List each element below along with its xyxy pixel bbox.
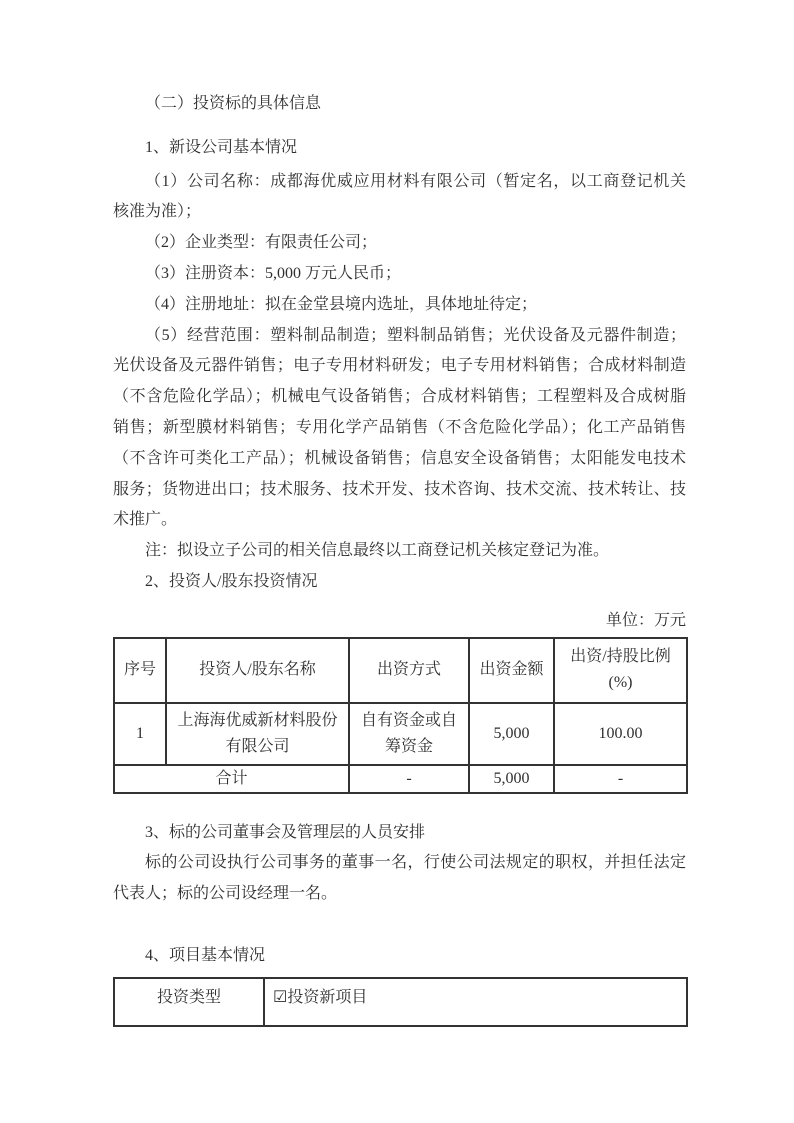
sub2-title: 2、投资人/股东投资情况 — [113, 567, 686, 598]
business-scope-line-2: 光伏设备及元器件销售；电子专用材料研发；电子专用材料销售；合成材料制造 — [113, 351, 686, 382]
company-name-line-2: 核准为准）； — [113, 197, 686, 228]
investment-table-total-row: 合计 - 5,000 - — [114, 765, 687, 793]
business-scope-line-7: 术推广。 — [113, 505, 686, 536]
company-type-line: （2）企业类型：有限责任公司； — [113, 228, 686, 259]
business-scope-line-6: 服务；货物进出口；技术服务、技术开发、技术咨询、技术交流、技术转让、技 — [113, 475, 686, 506]
blank-line — [113, 910, 686, 941]
company-name-line-1: （1）公司名称：成都海优威应用材料有限公司（暂定名，以工商登记机关 — [113, 167, 686, 198]
registered-address-line: （4）注册地址：拟在金堂县境内选址，具体地址待定； — [113, 290, 686, 321]
sub1-title: 1、新设公司基本情况 — [113, 133, 686, 164]
project-option-label: 投资新项目 — [287, 989, 367, 1006]
header-cell-method: 出资方式 — [349, 638, 469, 703]
cell-method: 自有资金或自 筹资金 — [349, 703, 469, 765]
investment-table-data-row: 1 上海海优威新材料股份 有限公司 自有资金或自 筹资金 5,000 100.0… — [114, 703, 687, 765]
header-cell-no: 序号 — [114, 638, 166, 703]
sub3-line-1: 标的公司设执行公司事务的董事一名，行使公司法规定的职权，并担任法定 — [113, 848, 686, 879]
project-table: 投资类型 ☑投资新项目 — [113, 977, 688, 1027]
cell-investor-name: 上海海优威新材料股份 有限公司 — [166, 703, 349, 765]
sub4-title: 4、项目基本情况 — [113, 941, 686, 972]
project-type-value-cell: ☑投资新项目 — [264, 978, 687, 1026]
sub3-line-2: 代表人；标的公司设经理一名。 — [113, 879, 686, 910]
note-line: 注：拟设立子公司的相关信息最终以工商登记机关核定登记为准。 — [113, 536, 686, 567]
registered-capital-line: （3）注册资本：5,000 万元人民币； — [113, 259, 686, 290]
sub3-title: 3、标的公司董事会及管理层的人员安排 — [113, 818, 686, 849]
total-ratio-cell: - — [554, 765, 687, 793]
total-method-cell: - — [349, 765, 469, 793]
header-cell-amount: 出资金额 — [469, 638, 554, 703]
unit-label: 单位：万元 — [113, 606, 686, 637]
header-cell-ratio: 出资/持股比例 (%) — [554, 638, 687, 703]
project-type-label-cell: 投资类型 — [114, 978, 264, 1026]
section-heading: （二）投资标的具体信息 — [113, 89, 686, 120]
cell-no: 1 — [114, 703, 166, 765]
total-amount-cell: 5,000 — [469, 765, 554, 793]
project-table-row: 投资类型 ☑投资新项目 — [114, 978, 687, 1026]
checked-checkbox-icon: ☑ — [273, 989, 287, 1006]
investment-table-header-row: 序号 投资人/股东名称 出资方式 出资金额 出资/持股比例 (%) — [114, 638, 687, 703]
business-scope-line-5: （不含许可类化工产品）；机械设备销售；信息安全设备销售；太阳能发电技术 — [113, 444, 686, 475]
investment-table: 序号 投资人/股东名称 出资方式 出资金额 出资/持股比例 (%) 1 上海海优… — [113, 637, 688, 794]
business-scope-line-4: 销售；新型膜材料销售；专用化学产品销售（不含危险化学品）；化工产品销售 — [113, 413, 686, 444]
cell-ratio: 100.00 — [554, 703, 687, 765]
header-cell-name: 投资人/股东名称 — [166, 638, 349, 703]
document-page: （二）投资标的具体信息 1、新设公司基本情况 （1）公司名称：成都海优威应用材料… — [0, 0, 794, 1123]
cell-amount: 5,000 — [469, 703, 554, 765]
business-scope-line-3: （不含危险化学品）；机械电气设备销售；合成材料销售；工程塑料及合成树脂 — [113, 382, 686, 413]
business-scope-line-1: （5）经营范围：塑料制品制造；塑料制品销售；光伏设备及元器件制造； — [113, 321, 686, 352]
total-label-cell: 合计 — [114, 765, 349, 793]
